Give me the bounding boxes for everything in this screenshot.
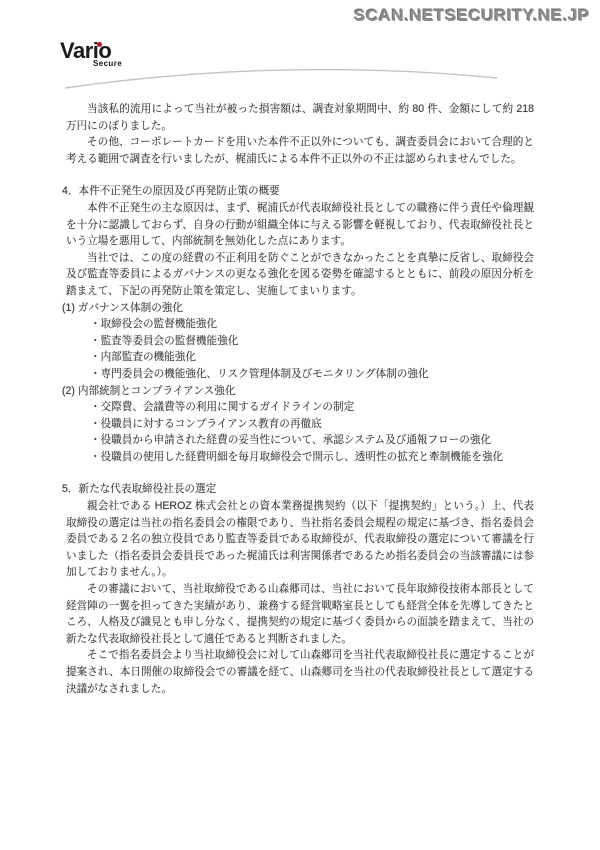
scan-source-watermark: SCAN.NETSECURITY.NE.JP <box>354 6 590 26</box>
section-4-heading: 4．本件不正発生の原因及び再発防止策の概要 <box>62 183 534 200</box>
bullet-special-committee: ・専門委員会の機能強化、リスク管理体制及びモニタリング体制の強化 <box>90 366 534 383</box>
paragraph-other-investigation: その他、コーポレートカードを用いた本件不正以外についても、調査委員会において合理… <box>66 134 534 167</box>
section-5-heading: 5．新たな代表取締役社長の選定 <box>62 481 534 498</box>
paragraph-prevention-intro: 当社では、この度の経費の不正利用を防ぐことができなかったことを真摯に反省し、取締… <box>66 250 534 300</box>
list-item-2-compliance: (2) 内部統制とコンプライアンス強化 <box>62 383 534 400</box>
paragraph-board-resolution: そこで指名委員会より当社取締役会に対して山森郷司を当社代表取締役社長に選定するこ… <box>66 647 534 697</box>
bullet-board-oversight: ・取締役会の監督機能強化 <box>90 316 534 333</box>
vario-secure-logo: Vario Secure <box>60 40 122 68</box>
bullet-audit-committee: ・監査等委員会の監督機能強化 <box>90 333 534 350</box>
bullet-expense-disclosure: ・役職員の使用した経費明細を毎月取締役会で開示し、透明性の拡充と牽制機能を強化 <box>90 449 534 466</box>
document-body: 当該私的流用によって当社が被った損害額は、調査対象期間中、約 80 件、金額にし… <box>62 101 534 697</box>
logo-red-dot-icon <box>97 42 102 47</box>
paragraph-damages: 当該私的流用によって当社が被った損害額は、調査対象期間中、約 80 件、金額にし… <box>66 101 534 134</box>
bullet-internal-audit: ・内部監査の機能強化 <box>90 349 534 366</box>
bullet-guidelines: ・交際費、会議費等の利用に関するガイドラインの制定 <box>90 399 534 416</box>
paragraph-nomination-process: 親会社である HEROZ 株式会社との資本業務提携契約（以下「提携契約」という。… <box>66 498 534 581</box>
paragraph-cause: 本件不正発生の主な原因は、まず、梶浦氏が代表取締役社長としての職務に伴う責任や倫… <box>66 200 534 250</box>
logo-sub-wordmark: Secure <box>93 60 122 68</box>
paragraph-candidate-review: その審議において、当社取締役である山森郷司は、当社において長年取締役技術本部長と… <box>66 581 534 647</box>
list-item-1-governance: (1) ガバナンス体制の強化 <box>62 300 534 317</box>
bullet-approval-system: ・役職員から申請された経費の妥当性について、承認システム及び通報フローの強化 <box>90 432 534 449</box>
scanned-document-page: SCAN.NETSECURITY.NE.JP Vario Secure 当該私的… <box>0 0 600 850</box>
bullet-compliance-education: ・役職員に対するコンプライアンス教育の再徹底 <box>90 416 534 433</box>
